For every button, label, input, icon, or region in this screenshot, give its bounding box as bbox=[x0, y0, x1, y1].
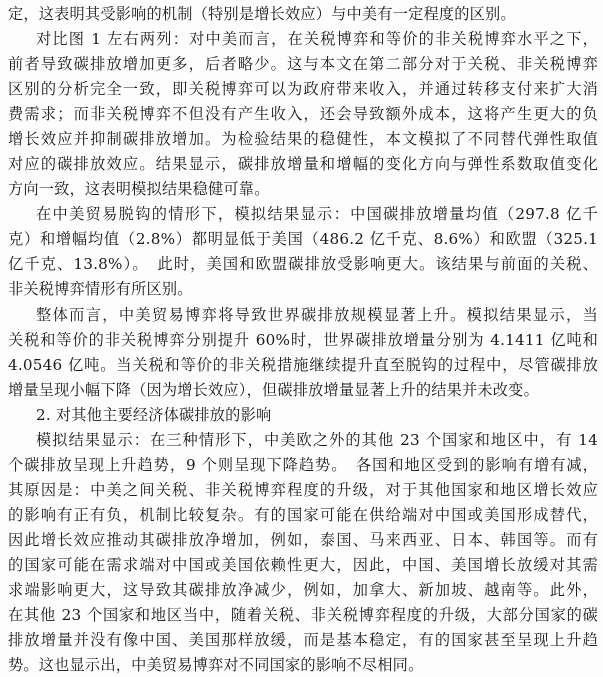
paragraph-line: 前者导致碳排放增加更多，后者略少。这与本文在第二部分对于关税、非关税博弈 bbox=[8, 54, 598, 74]
document-page: 定，这表明其受影响的机制（特别是增长效应）与中美有一定程度的区别。 对比图 1 … bbox=[0, 0, 603, 677]
paragraph-line: 势。这也显示出，中美贸易博弈对不同国家的影响不尽相同。 bbox=[8, 655, 598, 675]
paragraph-line: 的国家可能在需求端对中国或美国依赖性更大，因此，中国、美国增长放缓对其需 bbox=[8, 555, 598, 575]
paragraph-line: 4.0546 亿吨。当关税和等价的非关税措施继续提升直至脱钩的过程中，尽管碳排放 bbox=[8, 355, 598, 375]
paragraph-line: 模拟结果显示：在三种情形下，中美欧之外的其他 23 个国家和地区中，有 14 bbox=[36, 430, 598, 450]
paragraph-line: 对应的碳排放效应。结果显示，碳排放增量和增幅的变化方向与弹性系数取值变化 bbox=[8, 154, 598, 174]
paragraph-line: 定，这表明其受影响的机制（特别是增长效应）与中美有一定程度的区别。 bbox=[8, 4, 598, 24]
paragraph-line: 非关税博弈情形有所区别。 bbox=[8, 279, 598, 299]
paragraph-line: 的影响有正有负，机制比较复杂。有的国家可能在供给端对中国或美国形成替代， bbox=[8, 505, 598, 525]
paragraph-line: 在中美贸易脱钩的情形下，模拟结果显示：中国碳排放增量均值（297.8 亿千 bbox=[36, 204, 598, 224]
paragraph-line: 关税和等价的非关税博弈分别提升 60%时，世界碳排放增量分别为 4.1411 亿… bbox=[8, 330, 598, 350]
paragraph-line: 费需求；而非关税博弈不但没有产生收入，还会导致额外成本，这将产生更大的负 bbox=[8, 104, 598, 124]
paragraph-line: 排放增量并没有像中国、美国那样放缓，而是基本稳定，有的国家甚至呈现上升趋 bbox=[8, 630, 598, 650]
paragraph-line: 整体而言，中美贸易博弈将导致世界碳排放规模显著上升。模拟结果显示，当 bbox=[36, 305, 598, 325]
paragraph-line: 区别的分析完全一致，即关税博弈可以为政府带来收入，并通过转移支付来扩大消 bbox=[8, 79, 598, 99]
paragraph-line: 方向一致，这表明模拟结果稳健可靠。 bbox=[8, 179, 598, 199]
paragraph-line: 克）和增幅均值（2.8%）都明显低于美国（486.2 亿千克、8.6%）和欧盟（… bbox=[8, 229, 598, 249]
paragraph-line: 增量呈现小幅下降（因为增长效应），但碳排放增量显著上升的结果并未改变。 bbox=[8, 380, 598, 400]
paragraph-line: 在其他 23 个国家和地区当中，随着关税、非关税博弈程度的升级，大部分国家的碳 bbox=[8, 605, 598, 625]
section-heading: 2. 对其他主要经济体碳排放的影响 bbox=[36, 405, 598, 425]
paragraph-line: 个碳排放呈现上升趋势，9 个则呈现下降趋势。 各国和地区受到的影响有增有减， bbox=[8, 455, 598, 475]
paragraph-line: 亿千克、13.8%）。 此时，美国和欧盟碳排放受影响更大。该结果与前面的关税、 bbox=[8, 254, 598, 274]
paragraph-line: 因此增长效应推动其碳排放净增加，例如，泰国、马来西亚、日本、韩国等。而有 bbox=[8, 530, 598, 550]
paragraph-line: 其原因是：中美之间关税、非关税博弈程度的升级，对于其他国家和地区增长效应 bbox=[8, 480, 598, 500]
paragraph-line: 求端影响更大，这导致其碳排放净减少，例如，加拿大、新加坡、越南等。此外， bbox=[8, 580, 598, 600]
paragraph-line: 对比图 1 左右两列：对中美而言，在关税博弈和等价的非关税博弈水平之下， bbox=[36, 29, 598, 49]
paragraph-line: 增长效应并抑制碳排放增加。为检验结果的稳健性，本文模拟了不同替代弹性取值 bbox=[8, 129, 598, 149]
